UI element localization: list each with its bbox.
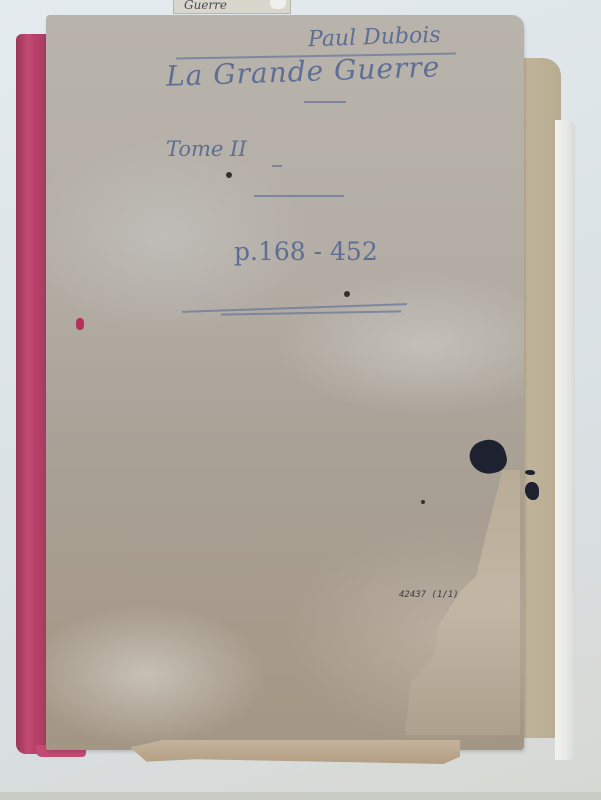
title-underline bbox=[304, 101, 346, 103]
page-range: p.168 - 452 bbox=[234, 237, 378, 266]
small-hole bbox=[344, 291, 350, 297]
spine-hole bbox=[76, 318, 84, 330]
small-hole bbox=[226, 172, 232, 178]
page-range-underline-2 bbox=[221, 310, 401, 315]
volume-dash bbox=[272, 165, 282, 167]
tab-label: Guerre bbox=[173, 0, 291, 14]
ink-blot-stain bbox=[525, 470, 535, 475]
tab-label-text: Guerre bbox=[184, 0, 227, 12]
book-spine bbox=[16, 34, 50, 754]
call-number: 42437 (1/1) bbox=[399, 590, 459, 600]
page-edges bbox=[555, 120, 575, 760]
volume-underline bbox=[254, 195, 344, 197]
author-name: Paul Dubois bbox=[308, 23, 441, 53]
volume-label: Tome II bbox=[166, 137, 247, 161]
torn-bottom-flap bbox=[130, 740, 460, 764]
table-edge bbox=[0, 792, 601, 800]
ink-blot-stain bbox=[525, 482, 539, 500]
tab-tuck bbox=[270, 0, 286, 9]
small-hole bbox=[421, 500, 425, 504]
